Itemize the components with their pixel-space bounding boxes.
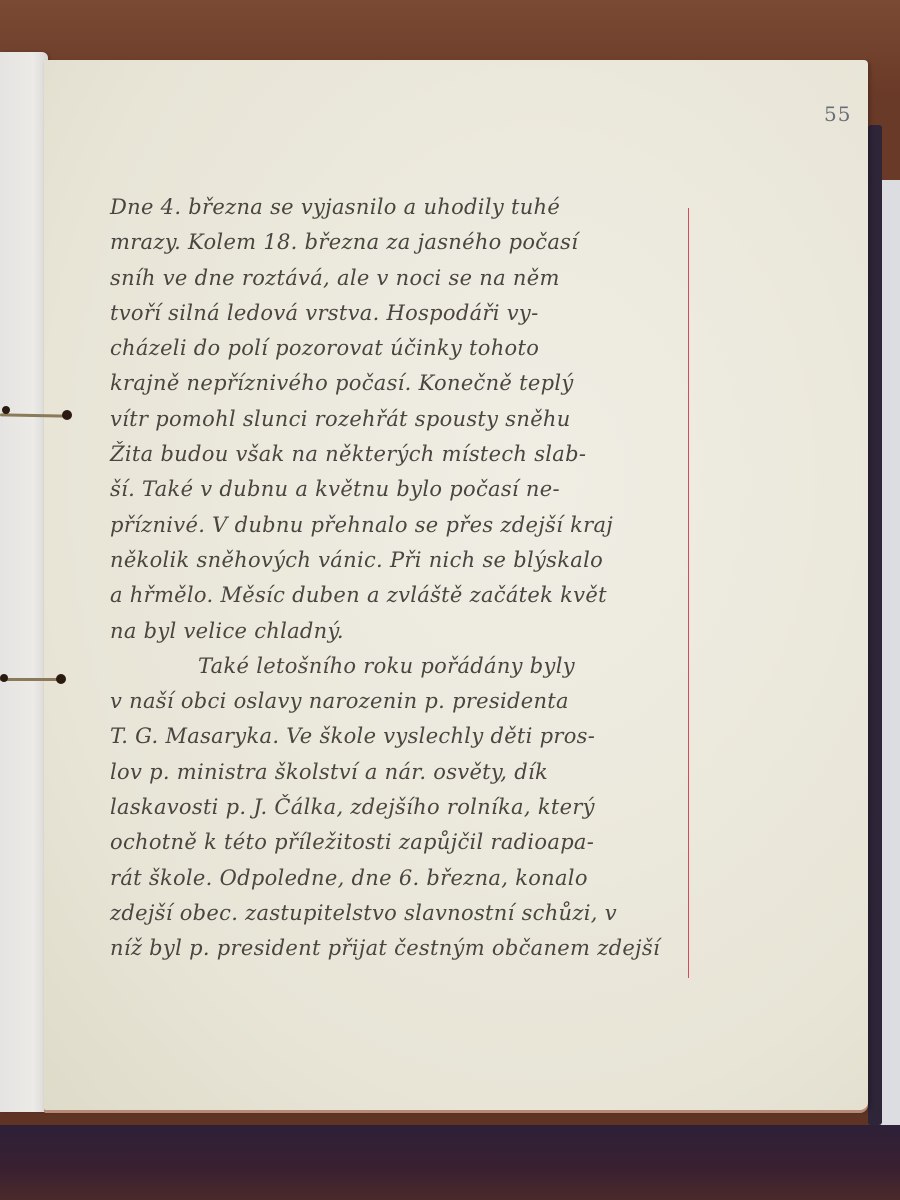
text-line: ochotně k této příležitosti zapůjčil rad… <box>110 825 690 860</box>
page-number: 55 <box>824 102 851 126</box>
text-line: v naší obci oslavy narozenin p. presiden… <box>110 684 690 719</box>
text-line: zdejší obec. zastupitelstvo slavnostní s… <box>110 896 690 931</box>
text-line: příznivé. V dubnu přehnalo se přes zdejš… <box>110 508 690 543</box>
text-line: krajně nepříznivého počasí. Konečně tepl… <box>110 366 690 401</box>
text-line: rát škole. Odpoledne, dne 6. března, kon… <box>110 861 690 896</box>
text-line: lov p. ministra školství a nár. osvěty, … <box>110 755 690 790</box>
text-line: níž byl p. president přijat čestným obča… <box>110 931 690 966</box>
text-line: laskavosti p. J. Čálka, zdejšího rolníka… <box>110 790 690 825</box>
text-line: vítr pomohl slunci rozehřát spousty sněh… <box>110 402 690 437</box>
handwritten-page: 55 Dne 4. března se vyjasnilo a uhodily … <box>44 60 868 1110</box>
left-page-edge <box>0 52 48 1112</box>
text-line: mrazy. Kolem 18. března za jasného počas… <box>110 225 690 260</box>
paragraph-start-line: Také letošního roku pořádány byly <box>110 649 690 684</box>
binding-hole <box>62 410 72 420</box>
text-line: a hřmělo. Měsíc duben a zvláště začátek … <box>110 578 690 613</box>
book-cover-edge <box>868 125 882 1125</box>
binding-hole <box>2 406 10 414</box>
text-line: na byl velice chladný. <box>110 614 690 649</box>
binding-hole <box>56 674 66 684</box>
text-line: Dne 4. března se vyjasnilo a uhodily tuh… <box>110 190 690 225</box>
text-line: ší. Také v dubnu a květnu bylo počasí ne… <box>110 472 690 507</box>
text-line: cházeli do polí pozorovat účinky tohoto <box>110 331 690 366</box>
binding-stitch <box>0 678 64 681</box>
text-line: T. G. Masaryka. Ve škole vyslechly děti … <box>110 719 690 754</box>
binding-hole <box>0 674 8 682</box>
handwritten-text: Dne 4. března se vyjasnilo a uhodily tuh… <box>110 190 690 967</box>
text-line: sníh ve dne roztává, ale v noci se na ně… <box>110 261 690 296</box>
text-line: několik sněhových vánic. Při nich se blý… <box>110 543 690 578</box>
text-line: tvoří silná ledová vrstva. Hospodáři vy- <box>110 296 690 331</box>
text-line: Žita budou však na některých místech sla… <box>110 437 690 472</box>
table-surface <box>0 1125 900 1200</box>
